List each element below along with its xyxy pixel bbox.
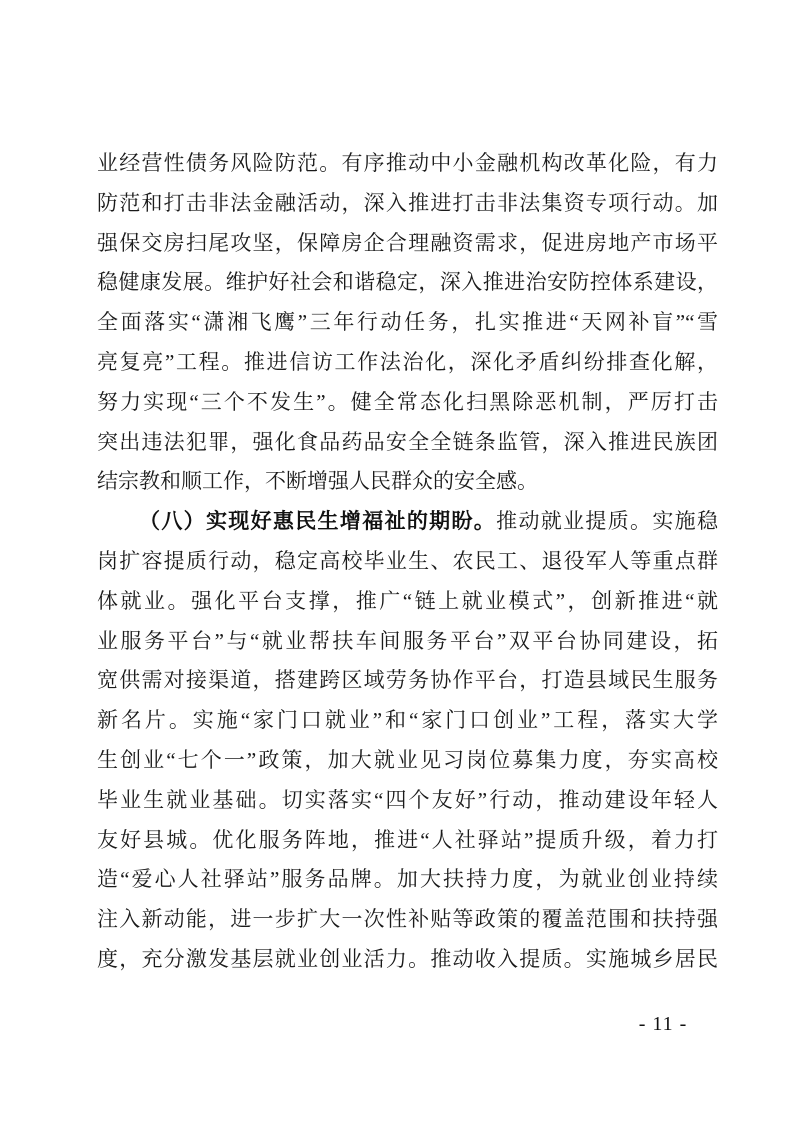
body-text: 宽供需对接渠道，搭建跨区域劳务协作平台，打造县域民生服务 (97, 668, 718, 692)
body-text: 稳健康发展。维护好社会和谐稳定，深入推进治安防控体系建设， (97, 270, 718, 294)
text-line: 新名片。实施“家门口就业”和“家门口创业”工程，落实大学 (97, 701, 718, 741)
body-text: 业服务平台”与“就业帮扶车间服务平台”双平台协同建设，拓 (97, 629, 718, 653)
text-line: （八）实现好惠民生增福祉的期盼。推动就业提质。实施稳 (97, 502, 718, 542)
body-text: 岗扩容提质行动，稳定高校毕业生、农民工、退役军人等重点群 (97, 549, 718, 573)
text-line: 毕业生就业基础。切实落实“四个友好”行动，推动建设年轻人 (97, 781, 718, 821)
text-line: 业经营性债务风险防范。有序推动中小金融机构改革化险，有力 (97, 144, 718, 184)
body-text: 新名片。实施“家门口就业”和“家门口创业”工程，落实大学 (97, 708, 718, 732)
text-line: 全面落实“潇湘飞鹰”三年行动任务，扎实推进“天网补盲”“雪 (97, 303, 718, 343)
body-text: 推动就业提质。实施稳 (496, 509, 718, 533)
body-text: 亮复亮”工程。推进信访工作法治化，深化矛盾纠纷排查化解， (97, 350, 718, 374)
document-text-block: 业经营性债务风险防范。有序推动中小金融机构改革化险，有力防范和打击非法金融活动，… (97, 144, 718, 980)
body-text: 努力实现“三个不发生”。健全常态化扫黑除恶机制，严厉打击 (97, 390, 718, 414)
text-line: 业服务平台”与“就业帮扶车间服务平台”双平台协同建设，拓 (97, 622, 718, 662)
body-text: 生创业“七个一”政策，加大就业见习岗位募集力度，夯实高校 (97, 748, 718, 772)
body-text: 体就业。强化平台支撑，推广“链上就业模式”，创新推进“就 (97, 589, 718, 613)
body-text: 注入新动能，进一步扩大一次性补贴等政策的覆盖范围和扶持强 (97, 907, 718, 931)
text-line: 体就业。强化平台支撑，推广“链上就业模式”，创新推进“就 (97, 582, 718, 622)
text-line: 注入新动能，进一步扩大一次性补贴等政策的覆盖范围和扶持强 (97, 900, 718, 940)
body-text: 毕业生就业基础。切实落实“四个友好”行动，推动建设年轻人 (97, 788, 718, 812)
body-text: 友好县城。优化服务阵地，推进“人社驿站”提质升级，着力打 (97, 828, 718, 852)
text-line: 稳健康发展。维护好社会和谐稳定，深入推进治安防控体系建设， (97, 263, 718, 303)
body-text: 结宗教和顺工作，不断增强人民群众的安全感。 (97, 469, 538, 493)
text-line: 努力实现“三个不发生”。健全常态化扫黑除恶机制，严厉打击 (97, 383, 718, 423)
body-text: 强保交房扫尾攻坚，保障房企合理融资需求，促进房地产市场平 (97, 231, 718, 255)
text-line: 防范和打击非法金融活动，深入推进打击非法集资专项行动。加 (97, 184, 718, 224)
text-line: 亮复亮”工程。推进信访工作法治化，深化矛盾纠纷排查化解， (97, 343, 718, 383)
body-text: 造“爱心人社驿站”服务品牌。加大扶持力度，为就业创业持续 (97, 867, 718, 891)
text-line: 强保交房扫尾攻坚，保障房企合理融资需求，促进房地产市场平 (97, 224, 718, 264)
page-number: - 11 - (628, 1011, 698, 1037)
text-line: 宽供需对接渠道，搭建跨区域劳务协作平台，打造县域民生服务 (97, 661, 718, 701)
body-text: 防范和打击非法金融活动，深入推进打击非法集资专项行动。加 (97, 191, 718, 215)
section-heading-text: （八）实现好惠民生增福祉的期盼。 (139, 509, 496, 533)
body-text: 突出违法犯罪，强化食品药品安全全链条监管，深入推进民族团 (97, 430, 718, 454)
text-line: 生创业“七个一”政策，加大就业见习岗位募集力度，夯实高校 (97, 741, 718, 781)
text-line: 友好县城。优化服务阵地，推进“人社驿站”提质升级，着力打 (97, 821, 718, 861)
text-line: 岗扩容提质行动，稳定高校毕业生、农民工、退役军人等重点群 (97, 542, 718, 582)
text-line: 度，充分激发基层就业创业活力。推动收入提质。实施城乡居民 (97, 940, 718, 980)
body-text: 业经营性债务风险防范。有序推动中小金融机构改革化险，有力 (97, 151, 718, 175)
text-line: 突出违法犯罪，强化食品药品安全全链条监管，深入推进民族团 (97, 423, 718, 463)
text-line: 结宗教和顺工作，不断增强人民群众的安全感。 (97, 462, 718, 502)
document-page: 业经营性债务风险防范。有序推动中小金融机构改革化险，有力防范和打击非法金融活动，… (0, 0, 793, 1122)
body-text: 全面落实“潇湘飞鹰”三年行动任务，扎实推进“天网补盲”“雪 (97, 310, 718, 334)
body-text: 度，充分激发基层就业创业活力。推动收入提质。实施城乡居民 (97, 947, 718, 971)
text-line: 造“爱心人社驿站”服务品牌。加大扶持力度，为就业创业持续 (97, 860, 718, 900)
